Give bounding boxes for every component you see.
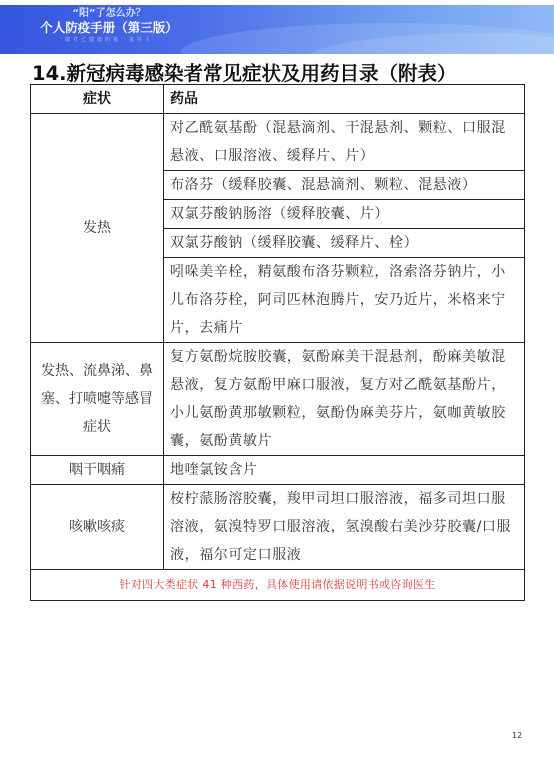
- symptom-cell-sore-throat: 咽干咽痛: [31, 456, 164, 485]
- footer-note: 针对四大类症状 41 种西药，具体使用请依据说明书或咨询医生: [31, 570, 525, 601]
- header-medication: 药品: [164, 85, 525, 114]
- drug-cell: 吲哚美辛栓，精氨酸布洛芬颗粒，洛索洛芬钠片，小儿布洛芬栓，阿司匹林泡腾片，安乃近…: [164, 258, 525, 343]
- drug-cell: 双氯芬酸钠（缓释胶囊、缓释片、栓）: [164, 229, 525, 258]
- drug-cell: 桉柠蒎肠溶胶囊，羧甲司坦口服溶液，福多司坦口服溶液，氨溴特罗口服溶液，氢溴酸右美…: [164, 485, 525, 570]
- page-title: 14.新冠病毒感染者常见症状及用药目录（附表）: [32, 58, 457, 86]
- symptom-cell-cold: 发热、流鼻涕、鼻塞、打喷嚏等感冒症状: [31, 343, 164, 456]
- page-number: 12: [512, 731, 522, 740]
- table-footer-row: 针对四大类症状 41 种西药，具体使用请依据说明书或咨询医生: [31, 570, 525, 601]
- drug-cell: 对乙酰氨基酚（混悬滴剂、干混悬剂、颗粒、口服混悬液、口服溶液、缓释片、片）: [164, 114, 525, 171]
- table-row: 发热、流鼻涕、鼻塞、打喷嚏等感冒症状 复方氨酚烷胺胶囊，氨酚麻美干混悬剂，酚麻美…: [31, 343, 525, 456]
- table-row: 咳嗽咳痰 桉柠蒎肠溶胶囊，羧甲司坦口服溶液，福多司坦口服溶液，氨溴特罗口服溶液，…: [31, 485, 525, 570]
- banner-text-block: “阳”了怎么办？ 个人防疫手册（第三版） 做自己健康的第一责任人: [34, 7, 184, 45]
- header-symptom: 症状: [31, 85, 164, 114]
- table-row: 咽干咽痛 地喹氯铵含片: [31, 456, 525, 485]
- banner-subtitle: 做自己健康的第一责任人: [34, 36, 184, 45]
- banner-question: “阳”了怎么办？: [34, 7, 184, 20]
- drug-cell: 布洛芬（缓释胶囊、混悬滴剂、颗粒、混悬液）: [164, 171, 525, 200]
- drug-cell: 双氯芬酸钠肠溶（缓释胶囊、片）: [164, 200, 525, 229]
- drug-cell: 复方氨酚烷胺胶囊，氨酚麻美干混悬剂，酚麻美敏混悬液，复方氨酚甲麻口服液，复方对乙…: [164, 343, 525, 456]
- symptom-medication-table: 症状 药品 发热 对乙酰氨基酚（混悬滴剂、干混悬剂、颗粒、口服混悬液、口服溶液、…: [30, 84, 525, 601]
- symptom-cell-cough: 咳嗽咳痰: [31, 485, 164, 570]
- drug-cell: 地喹氯铵含片: [164, 456, 525, 485]
- table-row: 发热 对乙酰氨基酚（混悬滴剂、干混悬剂、颗粒、口服混悬液、口服溶液、缓释片、片）: [31, 114, 525, 171]
- header-banner: “阳”了怎么办？ 个人防疫手册（第三版） 做自己健康的第一责任人: [0, 5, 554, 54]
- table-header-row: 症状 药品: [31, 85, 525, 114]
- symptom-cell-fever: 发热: [31, 114, 164, 343]
- banner-title: 个人防疫手册（第三版）: [34, 20, 184, 36]
